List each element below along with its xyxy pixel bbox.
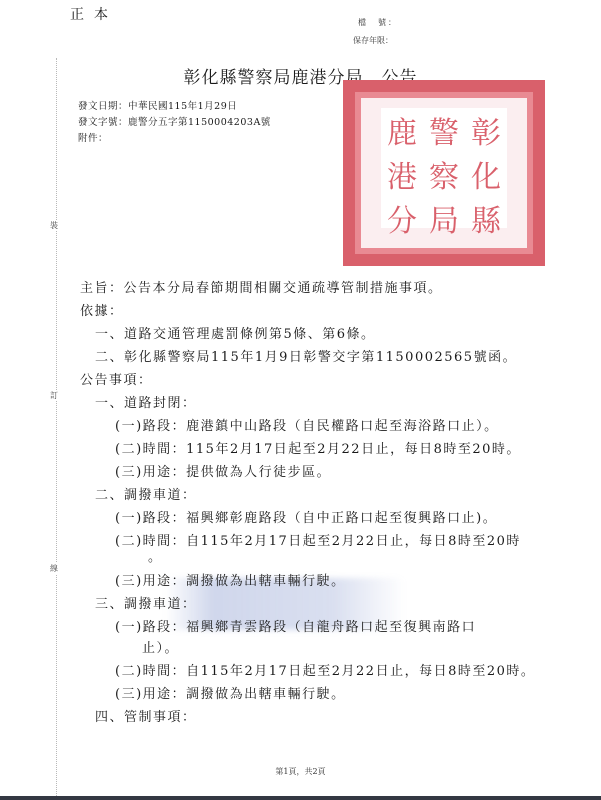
attachment-label: 附件： (78, 130, 108, 144)
section-line: 。 (148, 546, 163, 565)
section-heading: 一、道路封閉： (95, 392, 197, 411)
binding-mark-zhuang: 裝 (50, 220, 58, 231)
seal-char: 局 (423, 196, 465, 240)
section-heading: 四、管制事項： (95, 706, 197, 725)
seal-char: 察 (423, 152, 465, 196)
retention-period-label: 保存年限： (353, 35, 393, 46)
section-line: (二)時間：115年2月17日起至2月22日止，每日8時至20時。 (115, 438, 521, 457)
seal-char: 化 (465, 152, 507, 196)
items-heading: 公告事項： (80, 369, 153, 388)
basis-heading: 依據： (80, 300, 124, 319)
seal-char: 縣 (465, 196, 507, 240)
seal-char: 港 (381, 152, 423, 196)
binding-line (56, 58, 57, 800)
section-line: (二)時間：自115年2月17日起至2月22日止，每日8時至20時 (115, 530, 521, 549)
section-heading: 二、調撥車道： (95, 484, 197, 503)
scan-edge (0, 796, 601, 800)
seal-char: 鹿 (381, 108, 423, 152)
section-line: 止）。 (142, 637, 179, 656)
basis-item: 二、彰化縣警察局115年1月9日彰警交字第1150002565號函。 (95, 346, 517, 365)
binding-mark-ding: 訂 (50, 390, 58, 401)
subject-line: 主旨：公告本分局春節期間相關交通疏導管制措施事項。 (80, 277, 443, 296)
section-line: (一)路段：福興鄉彰鹿路段（自中正路口起至復興路口止)。 (115, 507, 497, 526)
document-number: 發文字號：鹿警分五字第1150004203A號 (78, 114, 271, 128)
seal-char: 分 (381, 196, 423, 240)
section-line: (三)用途：調撥做為出轄車輛行駛。 (115, 570, 346, 589)
issue-date: 發文日期：中華民國115年1月29日 (78, 98, 237, 112)
binding-mark-xian: 線 (50, 563, 58, 574)
section-line: (三)用途：提供做為人行徒步區。 (115, 461, 331, 480)
official-seal: 彰 化 縣 警 察 局 鹿 港 分 (343, 80, 545, 266)
section-line: (一)路段：福興鄉青雲路段（自龍舟路口起至復興南路口 (115, 616, 476, 635)
seal-characters: 彰 化 縣 警 察 局 鹿 港 分 (381, 108, 507, 228)
section-line: (二)時間：自115年2月17日起至2月22日止，每日8時至20時。 (115, 660, 535, 679)
seal-char: 警 (423, 108, 465, 152)
page-indicator: 第1頁，共2頁 (0, 766, 601, 777)
section-line: (三)用途：調撥做為出轄車輛行駛。 (115, 683, 346, 702)
section-line: (一)路段：鹿港鎮中山路段（自民權路口起至海浴路口止）。 (115, 415, 499, 434)
copy-mark: 正本 (70, 4, 118, 24)
seal-char: 彰 (465, 108, 507, 152)
file-number-label: 檔 號： (358, 17, 398, 28)
section-heading: 三、調撥車道： (95, 593, 197, 612)
basis-item: 一、道路交通管理處罰條例第5條、第6條。 (95, 323, 376, 342)
